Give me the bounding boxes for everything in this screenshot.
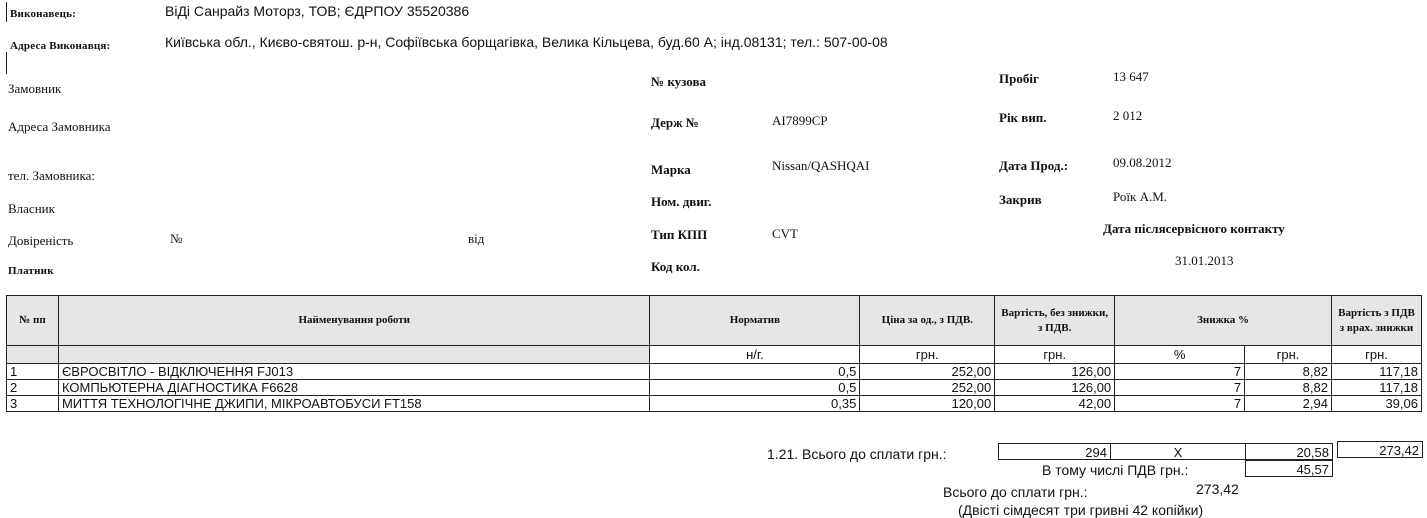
unit-unit-price: грн. xyxy=(860,346,995,364)
sale-date-value: 09.08.2012 xyxy=(1113,155,1172,171)
proxy-number-label: № xyxy=(170,231,182,247)
total-label: 1.21. Всього до сплати грн.: xyxy=(767,446,947,462)
table-row: 2 КОМПЬЮТЕРНА ДІАГНОСТИКА F6628 0,5 252,… xyxy=(7,380,1422,396)
units-blank xyxy=(7,346,59,364)
row-total: 117,18 xyxy=(1331,364,1421,380)
gearbox-value: CVT xyxy=(772,226,798,242)
unit-discount-pct: % xyxy=(1115,346,1245,364)
row-no: 3 xyxy=(7,396,59,412)
row-norm: 0,5 xyxy=(650,364,860,380)
executor-label: Виконавець: xyxy=(10,8,76,20)
executor-value: ВіДі Санрайз Моторз, ТОВ; ЄДРПОУ 3552038… xyxy=(165,3,469,19)
total-sum-cost: 294 xyxy=(998,443,1111,460)
header-unit-price: Ціна за од., з ПДВ. xyxy=(860,296,995,346)
total-sum-pct: X xyxy=(1110,443,1246,460)
closed-by-label: Закрив xyxy=(999,192,1042,208)
unit-discount-uah: грн. xyxy=(1245,346,1332,364)
make-label: Марка xyxy=(651,162,691,178)
plate-label: Держ № xyxy=(651,115,699,131)
closed-by-value: Роїк А.М. xyxy=(1113,189,1167,205)
vat-label: В тому числі ПДВ грн.: xyxy=(1042,462,1188,478)
row-total: 117,18 xyxy=(1331,380,1421,396)
unit-cost-with-discount: грн. xyxy=(1331,346,1421,364)
executor-address-value: Київська обл., Києво-святош. р-н, Софіїв… xyxy=(165,34,888,50)
unit-cost-no-discount: грн. xyxy=(995,346,1115,364)
row-cost: 126,00 xyxy=(995,364,1115,380)
executor-address-label: Адреса Виконавця: xyxy=(10,40,110,52)
make-value: Nissan/QASHQAI xyxy=(772,158,870,174)
grand-total-label: Всього до сплати грн.: xyxy=(943,484,1088,500)
row-unit-price: 252,00 xyxy=(860,364,995,380)
gearbox-label: Тип КПП xyxy=(651,227,707,243)
header-discount: Знижка % xyxy=(1115,296,1332,346)
engine-number-label: Ном. двиг. xyxy=(651,194,712,210)
works-table: № пп Найменування роботи Норматив Ціна з… xyxy=(6,295,1422,412)
total-sum-discount: 20,58 xyxy=(1245,443,1333,460)
post-service-contact-value: 31.01.2013 xyxy=(1175,253,1234,269)
owner-label: Власник xyxy=(8,201,55,217)
mileage-label: Пробіг xyxy=(999,71,1039,87)
row-name: ЄВРОСВІТЛО - ВІДКЛЮЧЕННЯ FJ013 xyxy=(58,364,650,380)
row-discount-uah: 2,94 xyxy=(1245,396,1332,412)
row-name: КОМПЬЮТЕРНА ДІАГНОСТИКА F6628 xyxy=(58,380,650,396)
row-norm: 0,5 xyxy=(650,380,860,396)
margin-mark xyxy=(6,2,7,22)
year-value: 2 012 xyxy=(1113,108,1142,124)
row-discount-uah: 8,82 xyxy=(1245,364,1332,380)
body-number-label: № кузова xyxy=(651,74,706,90)
units-blank xyxy=(58,346,650,364)
table-row: 3 МИТТЯ ТЕХНОЛОГІЧНЕ ДЖИПИ, МІКРОАВТОБУС… xyxy=(7,396,1422,412)
header-cost-no-discount: Вартість, без знижки, з ПДВ. xyxy=(995,296,1115,346)
row-discount-pct: 7 xyxy=(1115,396,1245,412)
row-norm: 0,35 xyxy=(650,396,860,412)
table-row: 1 ЄВРОСВІТЛО - ВІДКЛЮЧЕННЯ FJ013 0,5 252… xyxy=(7,364,1422,380)
unit-norm: н/г. xyxy=(650,346,860,364)
row-unit-price: 252,00 xyxy=(860,380,995,396)
proxy-label: Довіреність xyxy=(8,233,73,249)
row-cost: 42,00 xyxy=(995,396,1115,412)
vat-value: 45,57 xyxy=(1245,460,1333,477)
plate-value: AI7899CP xyxy=(772,113,828,129)
row-name: МИТТЯ ТЕХНОЛОГІЧНЕ ДЖИПИ, МІКРОАВТОБУСИ … xyxy=(58,396,650,412)
row-no: 1 xyxy=(7,364,59,380)
sale-date-label: Дата Прод.: xyxy=(999,158,1068,174)
payer-label: Платник xyxy=(8,265,54,277)
row-cost: 126,00 xyxy=(995,380,1115,396)
row-no: 2 xyxy=(7,380,59,396)
post-service-contact-label: Дата післясервісного контакту xyxy=(1103,221,1285,237)
row-total: 39,06 xyxy=(1331,396,1421,412)
margin-mark xyxy=(6,52,7,74)
mileage-value: 13 647 xyxy=(1113,69,1149,85)
row-unit-price: 120,00 xyxy=(860,396,995,412)
row-discount-pct: 7 xyxy=(1115,380,1245,396)
header-name: Найменування роботи xyxy=(58,296,650,346)
header-cost-with-discount: Вартість з ПДВ з врах. знижки xyxy=(1331,296,1421,346)
color-code-label: Код кол. xyxy=(651,259,700,275)
customer-phone-label: тел. Замовника: xyxy=(8,168,95,184)
customer-label: Замовник xyxy=(8,81,61,97)
header-no: № пп xyxy=(7,296,59,346)
year-label: Рік вип. xyxy=(999,110,1047,126)
total-sum-total: 273,42 xyxy=(1337,441,1423,458)
customer-address-label: Адреса Замовника xyxy=(8,119,111,135)
grand-total-value: 273,42 xyxy=(1196,481,1239,497)
amount-in-words: (Двісті сімдесят три гривні 42 копійки) xyxy=(958,502,1203,518)
proxy-from-label: від xyxy=(468,231,484,247)
row-discount-pct: 7 xyxy=(1115,364,1245,380)
row-discount-uah: 8,82 xyxy=(1245,380,1332,396)
header-norm: Норматив xyxy=(650,296,860,346)
